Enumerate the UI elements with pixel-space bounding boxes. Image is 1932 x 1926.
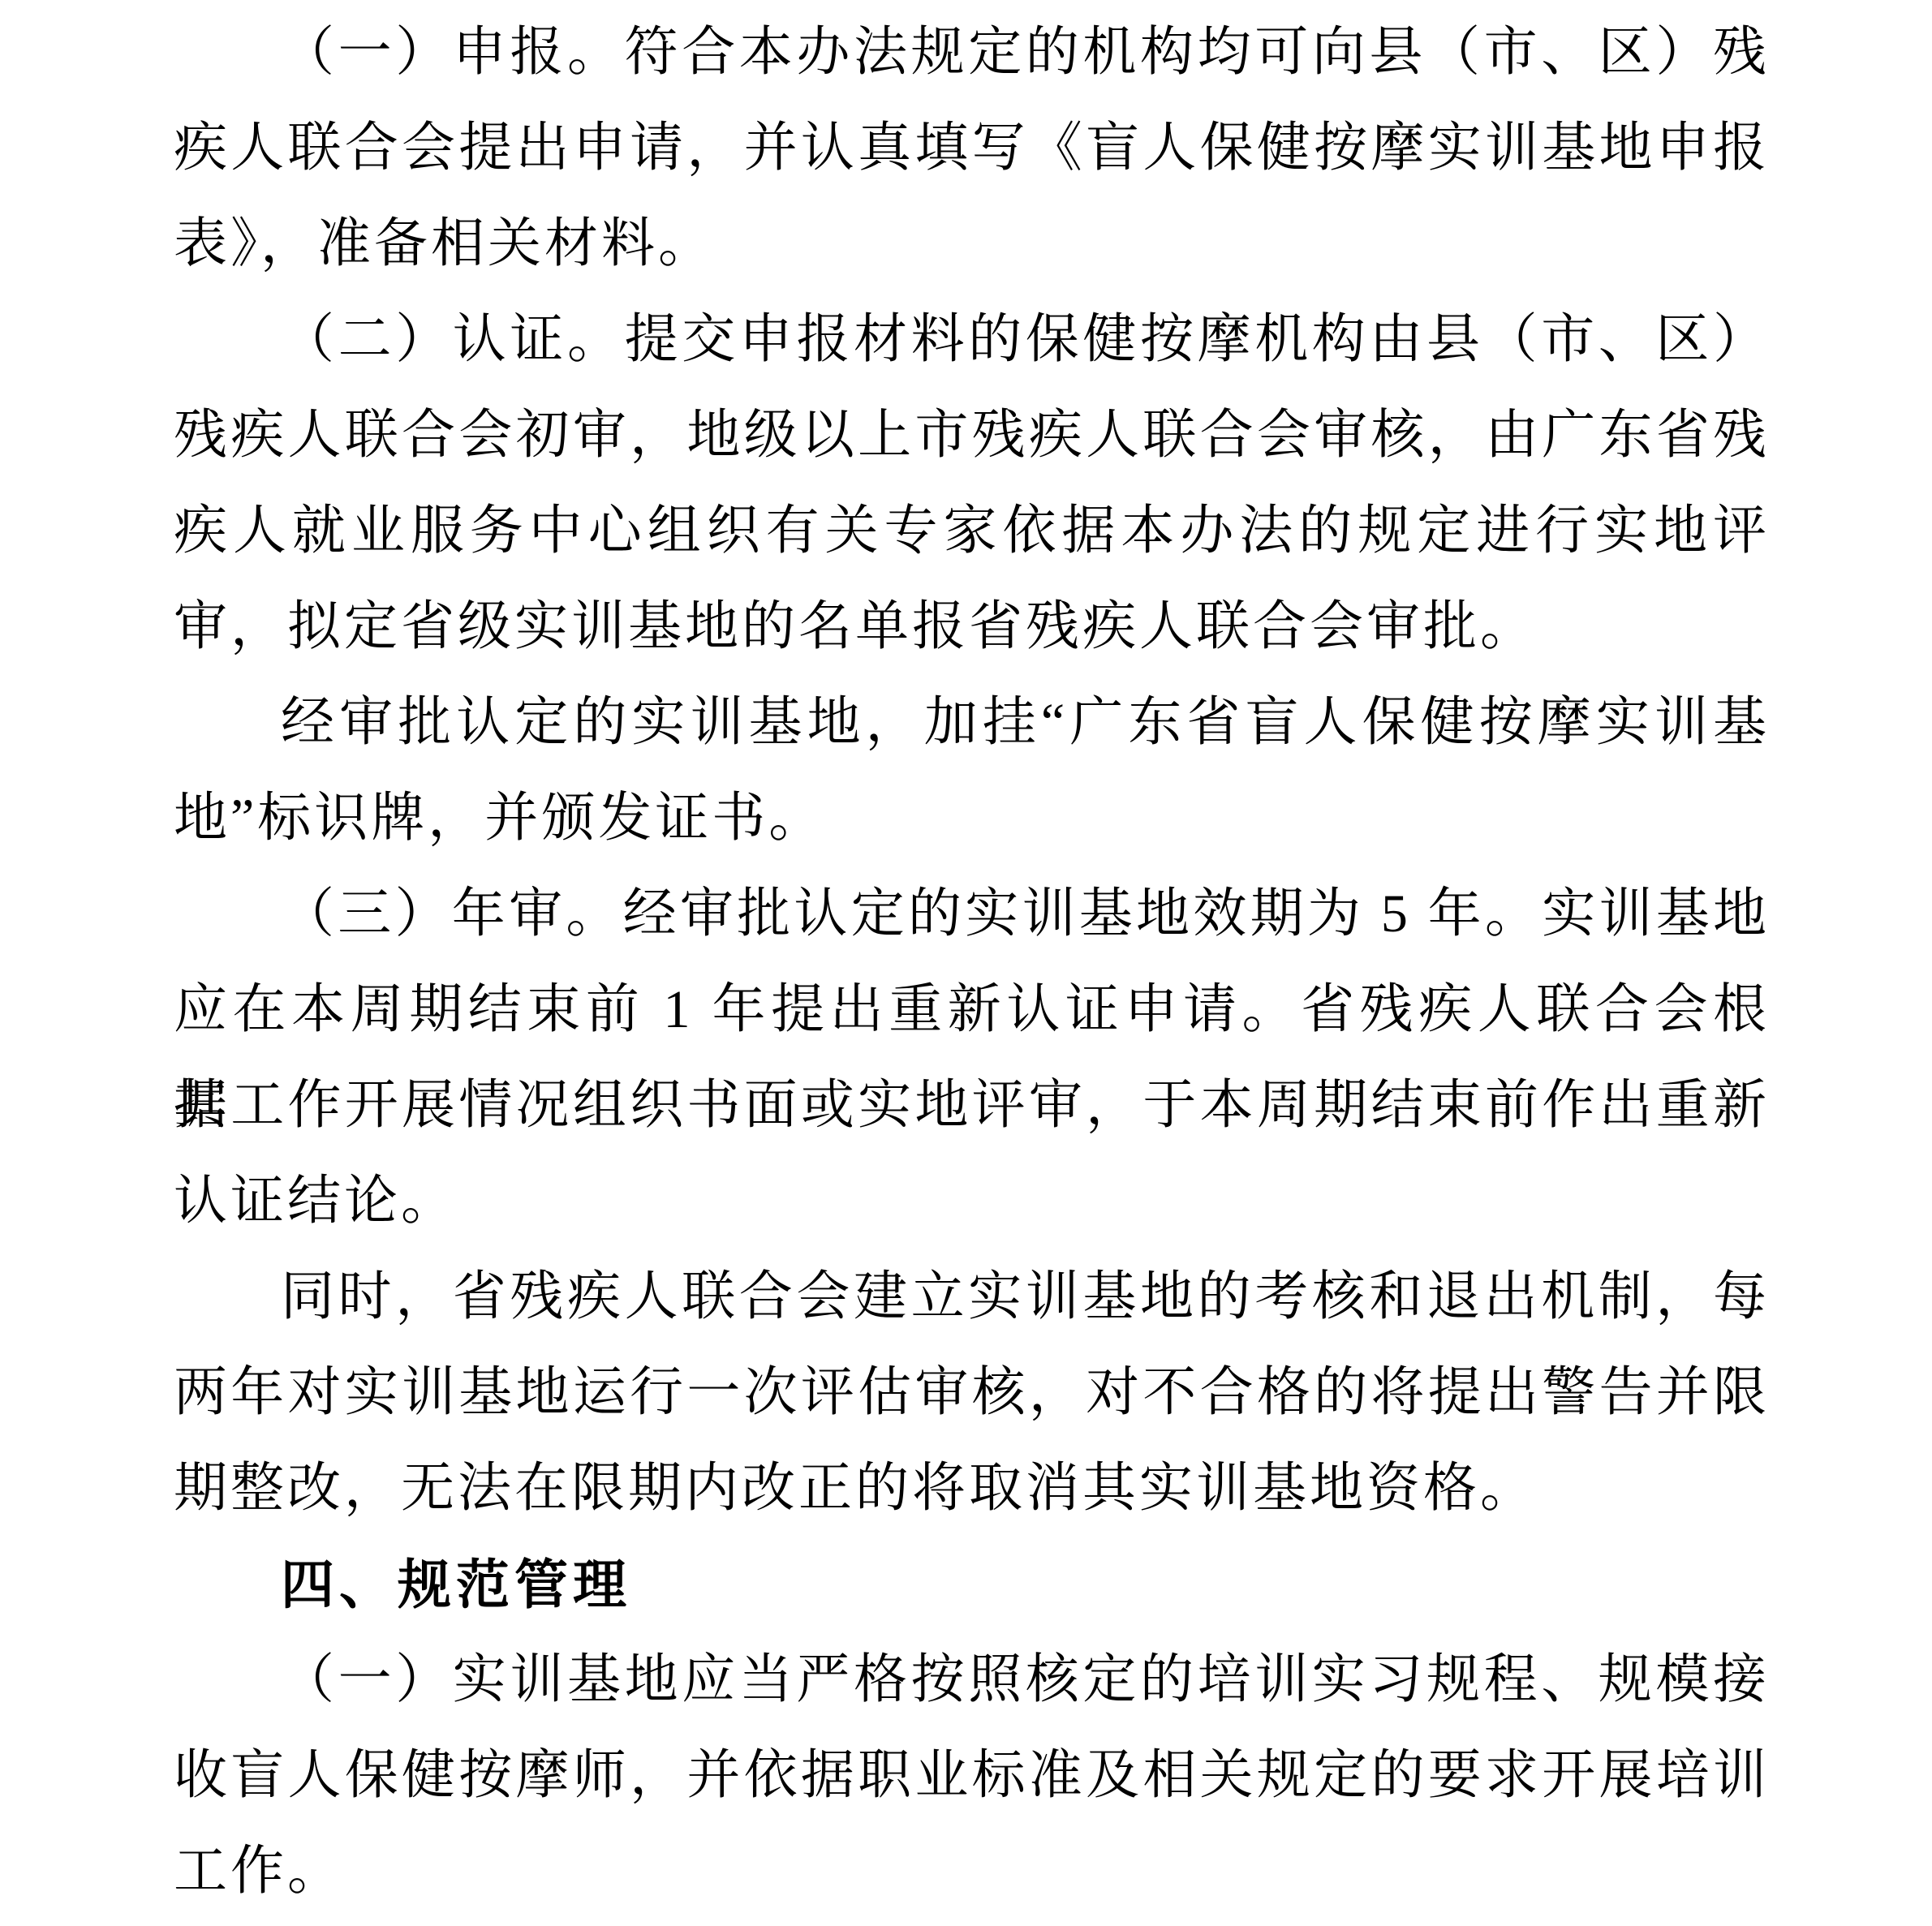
- text-line: （一）申报。符合本办法规定的机构均可向县（市、区）残: [174, 5, 1770, 101]
- text-line: 其工作开展情况组织书面或实地评审，于本周期结束前作出重新: [174, 1058, 1770, 1154]
- text-line: （一）实训基地应当严格按照核定的培训实习规程、规模接: [174, 1632, 1770, 1728]
- text-line: 两年对实训基地运行一次评估审核，对不合格的将提出警告并限: [174, 1345, 1770, 1441]
- text-line: 收盲人保健按摩师，并依据职业标准及相关规定的要求开展培训: [174, 1728, 1770, 1824]
- text-line: 认证结论。: [174, 1154, 1770, 1249]
- text-line: 期整改，无法在限期内改正的将取消其实训基地资格。: [174, 1441, 1770, 1537]
- text-line: 疾人联合会提出申请，并认真填写《盲人保健按摩实训基地申报: [174, 101, 1770, 196]
- text-line: 地”标识牌，并颁发证书。: [174, 771, 1770, 866]
- text-line: （二）认证。提交申报材料的保健按摩机构由县（市、区）: [174, 292, 1770, 388]
- text-line: 应在本周期结束前 1 年提出重新认证申请。省残疾人联合会根据: [174, 962, 1770, 1058]
- text-line: 同时，省残疾人联合会建立实训基地的考核和退出机制，每: [174, 1249, 1770, 1345]
- text-line: 四、规范管理: [174, 1537, 1770, 1632]
- text-line: 疾人就业服务中心组织有关专家依据本办法的规定进行实地评: [174, 484, 1770, 579]
- text-line: 工作。: [174, 1824, 1770, 1920]
- text-line: 经审批认定的实训基地，加挂“广东省盲人保健按摩实训基: [174, 675, 1770, 771]
- document-text-block: （一）申报。符合本办法规定的机构均可向县（市、区）残疾人联合会提出申请，并认真填…: [174, 5, 1770, 1920]
- text-line: 审，拟定省级实训基地的名单报省残疾人联合会审批。: [174, 579, 1770, 675]
- text-line: 残疾人联合会初审，地级以上市残疾人联合会审核，由广东省残: [174, 388, 1770, 484]
- text-line: 表》，准备相关材料。: [174, 196, 1770, 292]
- text-line: （三）年审。经审批认定的实训基地效期为 5 年。实训基地: [174, 866, 1770, 962]
- document-page: （一）申报。符合本办法规定的机构均可向县（市、区）残疾人联合会提出申请，并认真填…: [0, 0, 1932, 1926]
